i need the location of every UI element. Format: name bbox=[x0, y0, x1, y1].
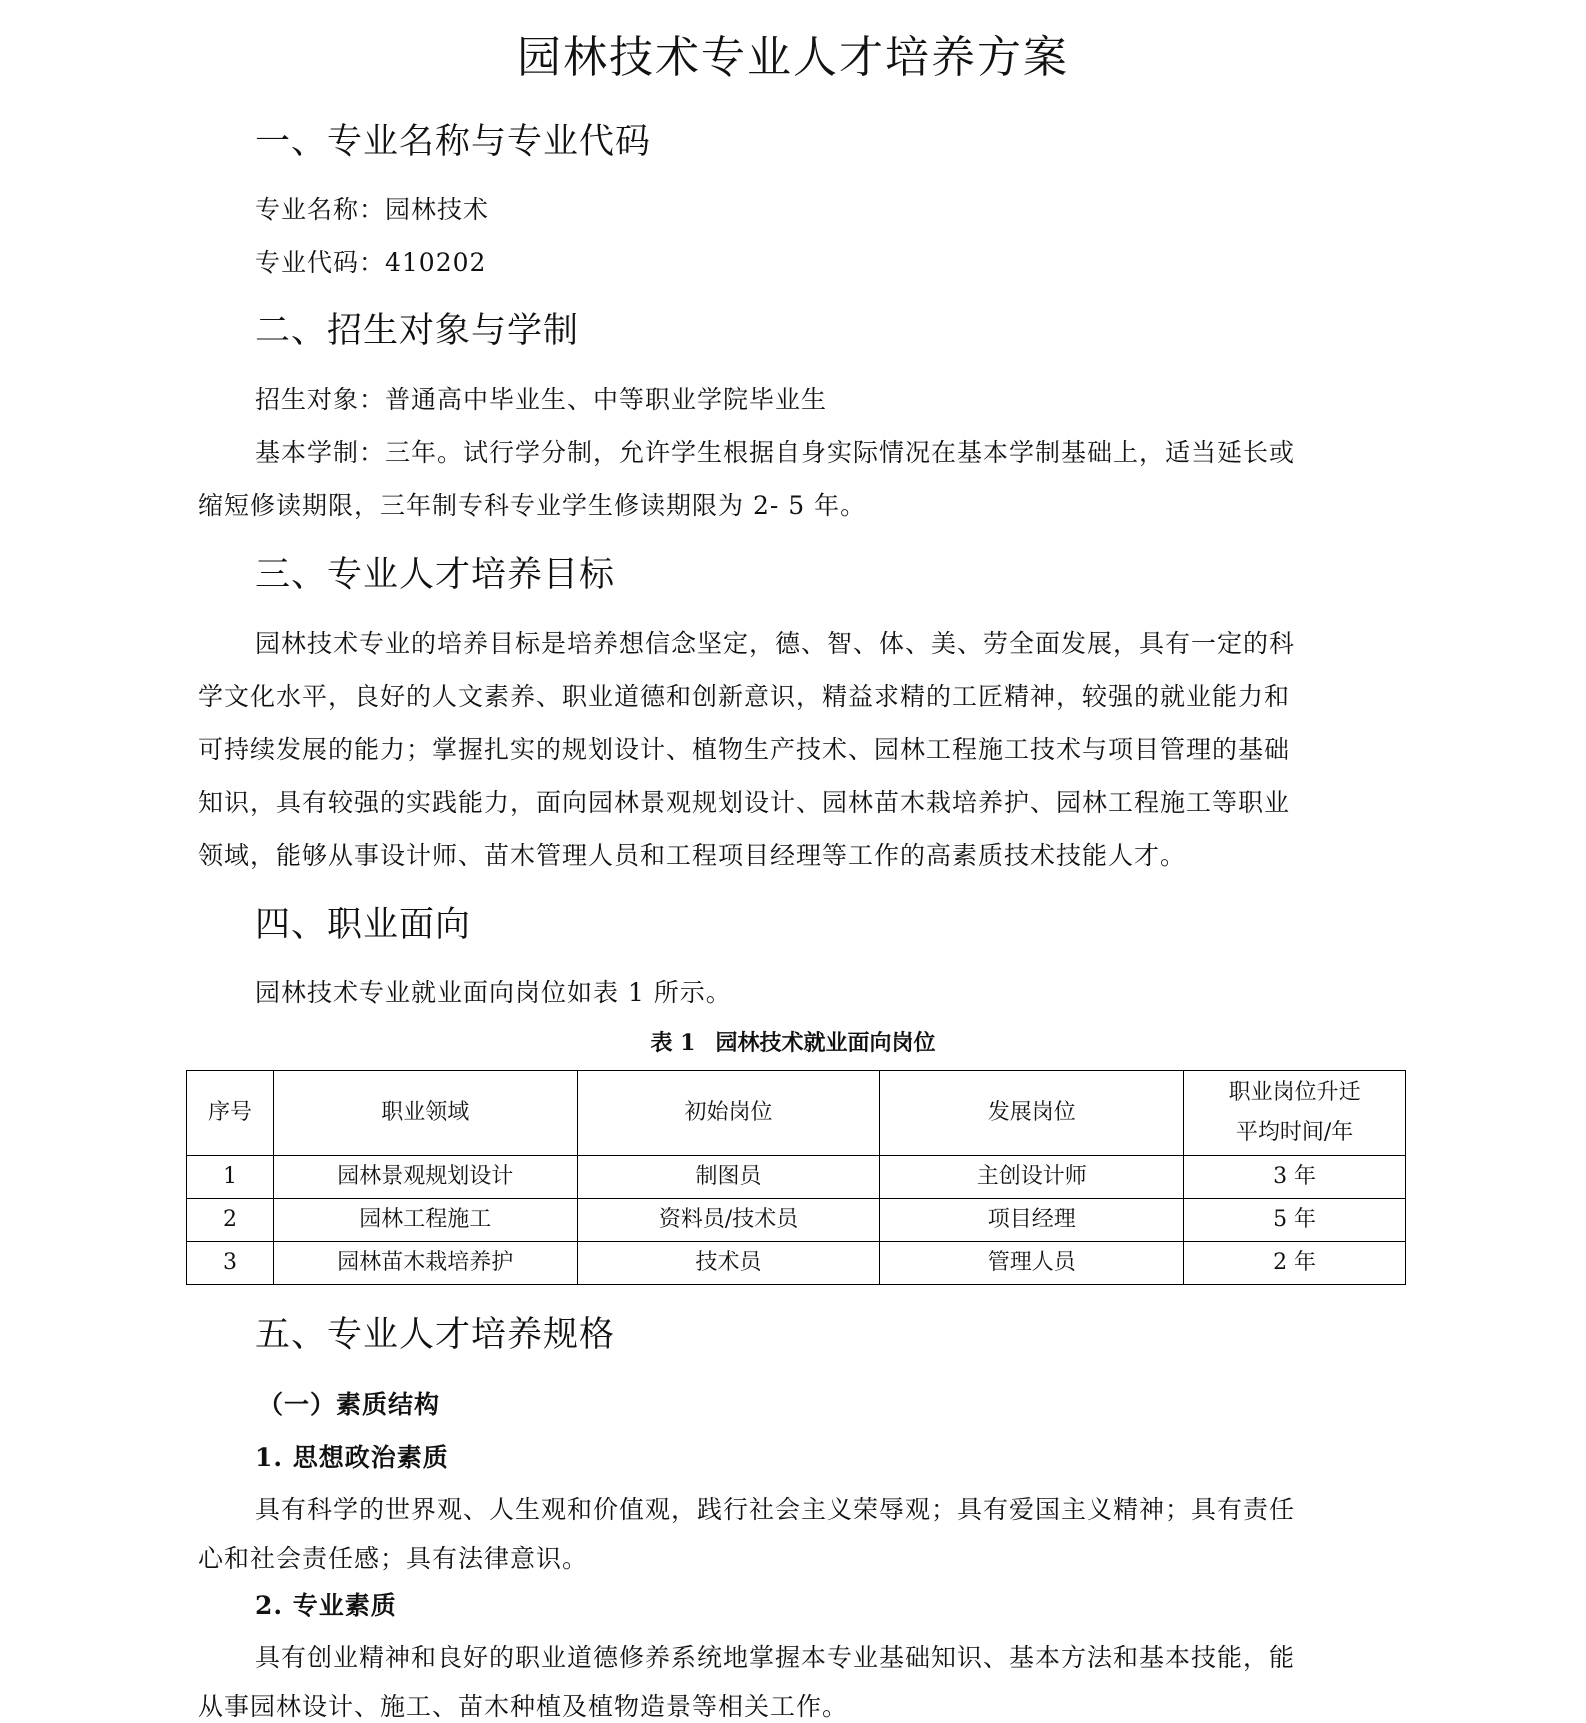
cell-field: 园林景观规划设计 bbox=[273, 1156, 577, 1199]
section-heading-3: 三、专业人才培养目标 bbox=[255, 550, 615, 600]
cell-field: 园林工程施工 bbox=[273, 1199, 577, 1242]
cell-initial-position: 技术员 bbox=[577, 1242, 880, 1285]
section-heading-5: 五、专业人才培养规格 bbox=[255, 1310, 615, 1360]
cell-initial-position: 制图员 bbox=[577, 1156, 880, 1199]
objective-line-3: 可持续发展的能力；掌握扎实的规划设计、植物生产技术、园林工程施工技术与项目管理的… bbox=[198, 732, 1290, 768]
header-index: 序号 bbox=[187, 1071, 274, 1156]
cell-index: 3 bbox=[187, 1242, 274, 1285]
professional-line-2: 从事园林设计、施工、苗木种植及植物造景等相关工作。 bbox=[198, 1689, 848, 1723]
table-row: 3 园林苗木栽培养护 技术员 管理人员 2 年 bbox=[187, 1242, 1406, 1285]
objective-line-1: 园林技术专业的培养目标是培养想信念坚定，德、智、体、美、劳全面发展，具有一定的科 bbox=[255, 626, 1295, 662]
table-caption: 表 1园林技术就业面向岗位 bbox=[0, 1028, 1586, 1058]
duration-line-2: 缩短修读期限，三年制专科专业学生修读期限为 2- 5 年。 bbox=[198, 488, 866, 524]
major-name-line: 专业名称：园林技术 bbox=[255, 192, 489, 228]
header-initial-position: 初始岗位 bbox=[577, 1071, 880, 1156]
section-heading-2: 二、招生对象与学制 bbox=[255, 306, 579, 356]
header-promotion-time-line-2: 平均时间/年 bbox=[1190, 1113, 1399, 1153]
header-promotion-time: 职业岗位升迁 平均时间/年 bbox=[1184, 1071, 1406, 1156]
table-row: 1 园林景观规划设计 制图员 主创设计师 3 年 bbox=[187, 1156, 1406, 1199]
header-field: 职业领域 bbox=[273, 1071, 577, 1156]
section-heading-1: 一、专业名称与专业代码 bbox=[255, 117, 651, 167]
objective-line-4: 知识，具有较强的实践能力，面向园林景观规划设计、园林苗木栽培养护、园林工程施工等… bbox=[198, 785, 1290, 821]
objective-line-2: 学文化水平，良好的人文素养、职业道德和创新意识，精益求精的工匠精神，较强的就业能… bbox=[198, 679, 1290, 715]
document-title: 园林技术专业人才培养方案 bbox=[0, 28, 1586, 88]
table-header-row: 序号 职业领域 初始岗位 发展岗位 职业岗位升迁 平均时间/年 bbox=[187, 1071, 1406, 1156]
cell-initial-position: 资料员/技术员 bbox=[577, 1199, 880, 1242]
section-heading-4: 四、职业面向 bbox=[255, 900, 471, 950]
cell-field: 园林苗木栽培养护 bbox=[273, 1242, 577, 1285]
table-caption-text: 园林技术就业面向岗位 bbox=[715, 1030, 935, 1056]
major-code-line: 专业代码：410202 bbox=[255, 245, 486, 281]
enrollment-target-line: 招生对象：普通高中毕业生、中等职业学院毕业生 bbox=[255, 382, 827, 418]
header-development-position: 发展岗位 bbox=[880, 1071, 1184, 1156]
cell-development-position: 项目经理 bbox=[880, 1199, 1184, 1242]
duration-line-1: 基本学制：三年。试行学分制，允许学生根据自身实际情况在基本学制基础上，适当延长或 bbox=[255, 435, 1295, 471]
cell-index: 1 bbox=[187, 1156, 274, 1199]
career-intro-line: 园林技术专业就业面向岗位如表 1 所示。 bbox=[255, 975, 732, 1011]
political-line-2: 心和社会责任感；具有法律意识。 bbox=[198, 1541, 588, 1577]
cell-development-position: 主创设计师 bbox=[880, 1156, 1184, 1199]
item-heading-professional: 2. 专业素质 bbox=[255, 1588, 397, 1624]
professional-line-1: 具有创业精神和良好的职业道德修养系统地掌握本专业基础知识、基本方法和基本技能，能 bbox=[255, 1640, 1295, 1676]
table-row: 2 园林工程施工 资料员/技术员 项目经理 5 年 bbox=[187, 1199, 1406, 1242]
item-heading-political: 1. 思想政治素质 bbox=[255, 1440, 449, 1476]
cell-index: 2 bbox=[187, 1199, 274, 1242]
header-promotion-time-line-1: 职业岗位升迁 bbox=[1190, 1073, 1399, 1113]
cell-promotion-time: 2 年 bbox=[1184, 1242, 1406, 1285]
cell-development-position: 管理人员 bbox=[880, 1242, 1184, 1285]
subsection-heading-quality: （一）素质结构 bbox=[258, 1387, 440, 1423]
career-table: 序号 职业领域 初始岗位 发展岗位 职业岗位升迁 平均时间/年 1 园林景观规划… bbox=[186, 1070, 1406, 1285]
objective-line-5: 领域，能够从事设计师、苗木管理人员和工程项目经理等工作的高素质技术技能人才。 bbox=[198, 838, 1186, 874]
political-line-1: 具有科学的世界观、人生观和价值观，践行社会主义荣辱观；具有爱国主义精神；具有责任 bbox=[255, 1492, 1295, 1528]
cell-promotion-time: 3 年 bbox=[1184, 1156, 1406, 1199]
cell-promotion-time: 5 年 bbox=[1184, 1199, 1406, 1242]
table-caption-number: 表 1 bbox=[651, 1030, 696, 1056]
